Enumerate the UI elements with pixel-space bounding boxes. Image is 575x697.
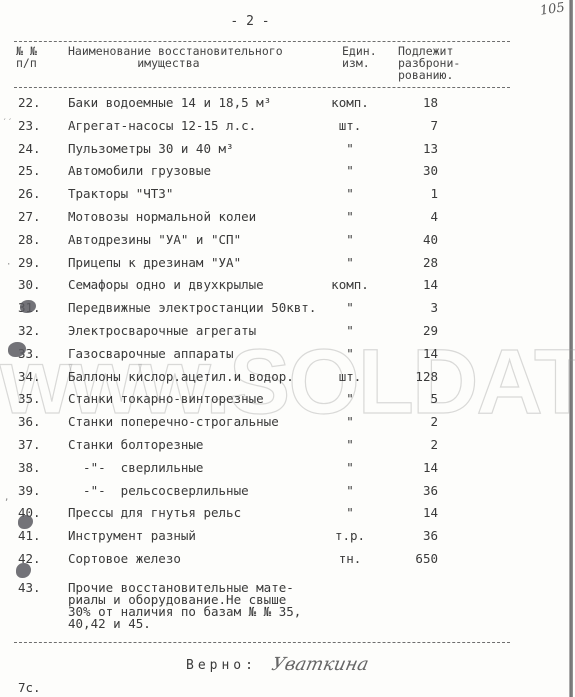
row-name: Автодрезины "УА" и "СП" — [68, 232, 241, 247]
row-unit: " — [320, 346, 380, 361]
table-row: 23.Агрегат-насосы 12-15 л.с.шт.7 — [0, 118, 510, 140]
row-quantity: 2 — [396, 414, 438, 429]
row-number: 43. — [18, 582, 41, 594]
row-name: Газосварочные аппараты — [68, 346, 234, 361]
row-unit: " — [320, 505, 380, 520]
footer-code: 7с. — [18, 680, 41, 695]
row-name: Станки болторезные — [68, 437, 203, 452]
row-number: 29. — [18, 255, 41, 270]
table-row: 33.Газосварочные аппараты"14 — [0, 346, 510, 368]
row-number: 26. — [18, 186, 41, 201]
table-row: 24.Пульзометры 30 и 40 м³"13 — [0, 141, 510, 163]
row-name: Баки водоемные 14 и 18,5 м³ — [68, 95, 271, 110]
row-unit: комп. — [320, 277, 380, 292]
row-name: Сортовое железо — [68, 551, 181, 566]
row-number: 25. — [18, 163, 41, 178]
row-number: 30. — [18, 277, 41, 292]
row-quantity: 30 — [396, 163, 438, 178]
row-unit: " — [320, 437, 380, 452]
margin-mark: · — [6, 260, 11, 270]
row-quantity: 18 — [396, 95, 438, 110]
margin-mark: , — [4, 493, 9, 503]
row-number: 35. — [18, 391, 41, 406]
row-unit: " — [320, 255, 380, 270]
row-name: Семафоры одно и двухкрылые — [68, 277, 264, 292]
archive-number: 105 — [539, 0, 566, 18]
row-quantity: 36 — [396, 483, 438, 498]
ink-blot — [16, 563, 31, 578]
table-row: 32.Электросварочные агрегаты"29 — [0, 323, 510, 345]
row-name: Передвижные электростанции 50квт. — [68, 300, 316, 315]
table-row: 28.Автодрезины "УА" и "СП""40 — [0, 232, 510, 254]
row-quantity: 14 — [396, 460, 438, 475]
table-row: 37.Станки болторезные"2 — [0, 437, 510, 459]
table-row: 34.Баллоны кислор.ацетил.и водор.шт.128 — [0, 369, 510, 391]
table-row: 31.Передвижные электростанции 50квт."3 — [0, 300, 510, 322]
row-unit: " — [320, 300, 380, 315]
table-bottom-rule — [14, 642, 510, 643]
row-name: Тракторы "ЧТЗ" — [68, 186, 173, 201]
table-row: 36.Станки поперечно-строгальные"2 — [0, 414, 510, 436]
row-quantity: 4 — [396, 209, 438, 224]
row-unit: т.р. — [320, 528, 380, 543]
row-name: Пульзометры 30 и 40 м³ — [68, 141, 234, 156]
table-row: 35.Станки токарно-винторезные"5 — [0, 391, 510, 413]
row-number: 24. — [18, 141, 41, 156]
margin-mark: ′′ — [2, 118, 13, 128]
verified-label: Верно: — [186, 658, 257, 673]
row-quantity: 5 — [396, 391, 438, 406]
row-quantity: 14 — [396, 346, 438, 361]
row-quantity: 14 — [396, 277, 438, 292]
row-unit: тн. — [320, 551, 380, 566]
page-number: - 2 - — [0, 14, 500, 29]
row-number: 39. — [18, 483, 41, 498]
row-number: 28. — [18, 232, 41, 247]
row-quantity: 40 — [396, 232, 438, 247]
table-row: 41.Инструмент разныйт.р.36 — [0, 528, 510, 550]
row-name: Агрегат-насосы 12-15 л.с. — [68, 118, 256, 133]
row-unit: " — [320, 141, 380, 156]
row-unit: комп. — [320, 95, 380, 110]
row-number: 41. — [18, 528, 41, 543]
row-name: Инструмент разный — [68, 528, 196, 543]
row-unit: " — [320, 460, 380, 475]
row-quantity: 650 — [396, 551, 438, 566]
table-row: 25.Автомобили грузовые"30 — [0, 163, 510, 185]
row-number: 37. — [18, 437, 41, 452]
row-name: Прессы для гнутья рельс — [68, 505, 241, 520]
table-row: 29.Прицепы к дрезинам "УА""28 — [0, 255, 510, 277]
table-row: 26.Тракторы "ЧТЗ""1 — [0, 186, 510, 208]
row-name: Станки поперечно-строгальные — [68, 414, 279, 429]
table-row: 22.Баки водоемные 14 и 18,5 м³комп.18 — [0, 95, 510, 117]
row-name: Станки токарно-винторезные — [68, 391, 264, 406]
row-quantity: 36 — [396, 528, 438, 543]
row-name: Прочие восстановительные мате- риалы и о… — [68, 582, 328, 630]
row-quantity: 13 — [396, 141, 438, 156]
row-number: 32. — [18, 323, 41, 338]
row-quantity: 7 — [396, 118, 438, 133]
table-row: 38. -"- сверлильные"14 — [0, 460, 510, 482]
row-unit: " — [320, 163, 380, 178]
row-quantity: 2 — [396, 437, 438, 452]
row-unit: шт. — [320, 369, 380, 384]
row-name: Мотовозы нормальной колеи — [68, 209, 256, 224]
row-quantity: 128 — [396, 369, 438, 384]
document-page: 105 - 2 - www.SOLDAT.ru № № п/п Наименов… — [0, 0, 575, 697]
row-name: Электросварочные агрегаты — [68, 323, 256, 338]
row-unit: " — [320, 186, 380, 201]
header-name: Наименование восстановительного имуществ… — [68, 45, 283, 69]
row-unit: " — [320, 232, 380, 247]
table-row: 30.Семафоры одно и двухкрылыекомп.14 — [0, 277, 510, 299]
table-top-rule — [14, 41, 510, 42]
row-unit: " — [320, 414, 380, 429]
row-unit: " — [320, 483, 380, 498]
row-name: -"- рельсосверлильные — [68, 483, 249, 498]
row-name: Автомобили грузовые — [68, 163, 211, 178]
row-number: 27. — [18, 209, 41, 224]
table-row: 40.Прессы для гнутья рельс"14 — [0, 505, 510, 527]
row-unit: шт. — [320, 118, 380, 133]
table-row: 39. -"- рельсосверлильные"36 — [0, 483, 510, 505]
signature: Уваткина — [270, 654, 371, 675]
row-quantity: 3 — [396, 300, 438, 315]
header-bottom-rule — [14, 87, 510, 88]
row-quantity: 29 — [396, 323, 438, 338]
row-quantity: 1 — [396, 186, 438, 201]
row-number: 34. — [18, 369, 41, 384]
row-unit: " — [320, 323, 380, 338]
row-name: Баллоны кислор.ацетил.и водор. — [68, 369, 294, 384]
row-number: 23. — [18, 118, 41, 133]
row-name: -"- сверлильные — [68, 460, 203, 475]
table-row: 42.Сортовое железотн.650 — [0, 551, 510, 573]
row-number: 36. — [18, 414, 41, 429]
header-qty: Подлежит разброни- рованию. — [398, 45, 460, 81]
header-num: № № п/п — [16, 45, 37, 69]
row-quantity: 28 — [396, 255, 438, 270]
row-unit: " — [320, 209, 380, 224]
row-number: 22. — [18, 95, 41, 110]
row-name: Прицепы к дрезинам "УА" — [68, 255, 241, 270]
table-row: 27.Мотовозы нормальной колеи"4 — [0, 209, 510, 231]
header-unit: Един. изм. — [342, 45, 377, 69]
row-number: 38. — [18, 460, 41, 475]
row-quantity: 14 — [396, 505, 438, 520]
row-unit: " — [320, 391, 380, 406]
